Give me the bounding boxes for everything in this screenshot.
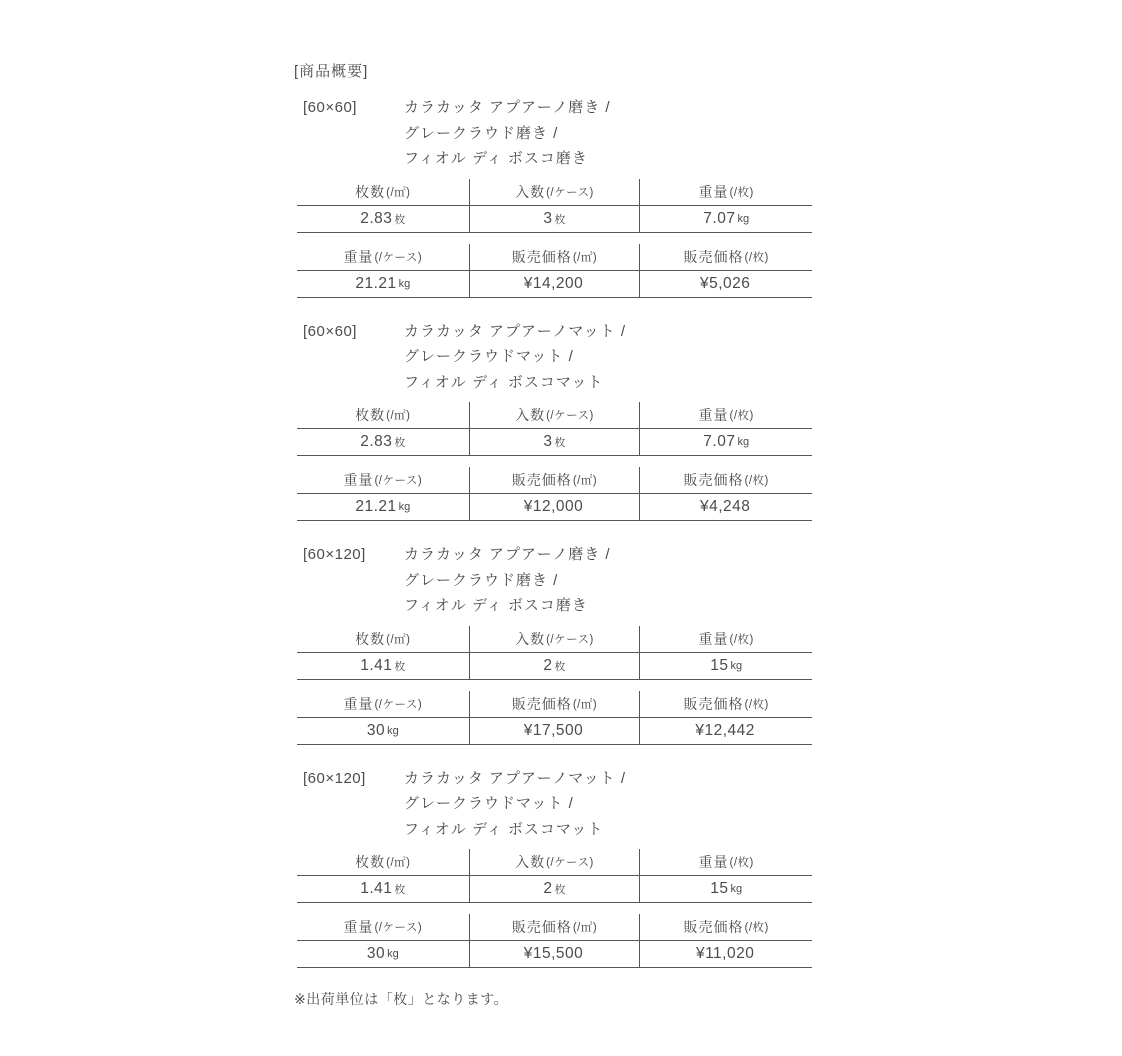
spec-subtable: 枚数(/㎡) 入数(/ケース) 重量(/枚) 1.41枚 2枚 15kg — [297, 626, 812, 680]
product-section-header: [60×60] カラカッタ アプアーノマット / グレークラウドマット / フィ… — [294, 319, 812, 396]
spec-value: 1.41 — [360, 657, 392, 675]
spec-header-unit: (/㎡) — [386, 631, 410, 647]
spec-header-cell: 重量(/枚) — [640, 626, 812, 653]
spec-value: 2.83 — [360, 433, 392, 451]
spec-header-label: 重量 — [343, 470, 373, 490]
spec-value-unit: kg — [730, 660, 742, 672]
spec-value: 21.21 — [355, 275, 396, 293]
spec-value: 2 — [543, 657, 552, 675]
spec-header-unit: (/枚) — [729, 407, 753, 423]
spec-header-label: 販売価格 — [512, 694, 572, 714]
spec-value: 15 — [710, 880, 728, 898]
spec-header-unit: (/ケース) — [546, 407, 594, 423]
spec-header-label: 販売価格 — [683, 917, 743, 937]
product-name-line: カラカッタ アプアーノマット / — [404, 766, 626, 792]
spec-header-label: 販売価格 — [512, 470, 572, 490]
spec-header-unit: (/枚) — [744, 472, 768, 488]
spec-value-unit: kg — [387, 725, 399, 737]
spec-value: ¥14,200 — [524, 275, 584, 293]
product-name-line: グレークラウドマット / — [404, 344, 626, 370]
spec-header-label: 枚数 — [355, 629, 385, 649]
size-label: [60×60] — [303, 319, 404, 345]
spec-subtable: 枚数(/㎡) 入数(/ケース) 重量(/枚) 2.83枚 3枚 7.07kg — [297, 179, 812, 233]
spec-header-cell: 販売価格(/㎡) — [469, 691, 641, 718]
spec-value-unit: kg — [737, 213, 749, 225]
spec-header-label: 重量 — [343, 917, 373, 937]
spec-value: ¥5,026 — [700, 275, 750, 293]
spec-header-cell: 販売価格(/㎡) — [469, 914, 641, 941]
spec-value-unit: kg — [399, 501, 411, 513]
spec-value: 3 — [543, 210, 552, 228]
spec-header-cell: 入数(/ケース) — [469, 626, 641, 653]
product-section-60x60-polished: [60×60] カラカッタ アプアーノ磨き / グレークラウド磨き / フィオル… — [294, 95, 812, 298]
product-name-line: フィオル ディ ボスコ磨き — [404, 146, 611, 172]
spec-value: ¥11,020 — [696, 945, 754, 963]
spec-value-unit: 枚 — [394, 658, 405, 674]
spec-value-cell: 1.41枚 — [297, 876, 469, 903]
spec-value-cell: ¥11,020 — [640, 941, 812, 968]
spec-header-unit: (/枚) — [744, 249, 768, 265]
spec-value-cell: ¥12,442 — [640, 718, 812, 745]
spec-value-cell: 2枚 — [469, 876, 641, 903]
spec-value-unit: 枚 — [394, 434, 405, 450]
spec-header-cell: 入数(/ケース) — [469, 179, 641, 206]
spec-header-cell: 枚数(/㎡) — [297, 402, 469, 429]
spec-value-cell: 2.83枚 — [297, 206, 469, 233]
spec-value: 2 — [543, 880, 552, 898]
spec-value: ¥15,500 — [524, 945, 584, 963]
spec-table: 枚数(/㎡) 入数(/ケース) 重量(/枚) 1.41枚 2枚 15kg 重量(… — [297, 849, 812, 968]
spec-subtable: 重量(/ケース) 販売価格(/㎡) 販売価格(/枚) 21.21kg ¥14,2… — [297, 244, 812, 298]
size-label: [60×60] — [303, 95, 404, 121]
spec-value: ¥17,500 — [524, 722, 584, 740]
product-section-header: [60×120] カラカッタ アプアーノ磨き / グレークラウド磨き / フィオ… — [294, 542, 812, 619]
product-name-line: カラカッタ アプアーノ磨き / — [404, 542, 611, 568]
spec-header-unit: (/枚) — [729, 854, 753, 870]
spec-value-unit: 枚 — [394, 881, 405, 897]
spec-header-unit: (/ケース) — [374, 696, 422, 712]
spec-value-cell: ¥5,026 — [640, 271, 812, 298]
spec-value-cell: ¥17,500 — [469, 718, 641, 745]
spec-value-unit: 枚 — [394, 211, 405, 227]
spec-value: 1.41 — [360, 880, 392, 898]
spec-header-cell: 入数(/ケース) — [469, 849, 641, 876]
spec-value-cell: 3枚 — [469, 429, 641, 456]
product-name: カラカッタ アプアーノマット / グレークラウドマット / フィオル ディ ボス… — [404, 319, 626, 396]
spec-value: ¥12,000 — [524, 498, 584, 516]
product-name-line: カラカッタ アプアーノマット / — [404, 319, 626, 345]
spec-value-cell: 2.83枚 — [297, 429, 469, 456]
spec-header-cell: 重量(/ケース) — [297, 691, 469, 718]
spec-header-label: 重量 — [698, 852, 728, 872]
spec-header-unit: (/㎡) — [573, 696, 597, 712]
spec-header-unit: (/㎡) — [573, 472, 597, 488]
spec-header-label: 販売価格 — [683, 247, 743, 267]
spec-header-unit: (/ケース) — [374, 249, 422, 265]
spec-header-label: 販売価格 — [512, 917, 572, 937]
spec-header-unit: (/㎡) — [573, 919, 597, 935]
spec-header-cell: 販売価格(/枚) — [640, 244, 812, 271]
spec-header-label: 入数 — [515, 629, 545, 649]
spec-value-cell: 21.21kg — [297, 494, 469, 521]
spec-subtable: 重量(/ケース) 販売価格(/㎡) 販売価格(/枚) 30kg ¥15,500 … — [297, 914, 812, 968]
spec-header-cell: 枚数(/㎡) — [297, 179, 469, 206]
spec-header-unit: (/ケース) — [546, 184, 594, 200]
spec-value-unit: 枚 — [555, 658, 566, 674]
product-section-header: [60×60] カラカッタ アプアーノ磨き / グレークラウド磨き / フィオル… — [294, 95, 812, 172]
spec-header-cell: 重量(/枚) — [640, 402, 812, 429]
product-section-60x120-matte: [60×120] カラカッタ アプアーノマット / グレークラウドマット / フ… — [294, 766, 812, 969]
spec-value-unit: 枚 — [555, 881, 566, 897]
spec-header-unit: (/ケース) — [546, 631, 594, 647]
spec-header-cell: 重量(/枚) — [640, 849, 812, 876]
spec-value-unit: kg — [387, 948, 399, 960]
spec-header-cell: 重量(/ケース) — [297, 244, 469, 271]
spec-header-cell: 重量(/ケース) — [297, 914, 469, 941]
shipping-note: ※出荷単位は「枚」となります。 — [294, 989, 812, 1009]
spec-header-cell: 重量(/ケース) — [297, 467, 469, 494]
spec-header-label: 重量 — [698, 182, 728, 202]
spec-value-cell: ¥15,500 — [469, 941, 641, 968]
spec-header-label: 枚数 — [355, 405, 385, 425]
spec-header-label: 重量 — [698, 405, 728, 425]
spec-header-label: 入数 — [515, 405, 545, 425]
spec-header-label: 枚数 — [355, 852, 385, 872]
size-label: [60×120] — [303, 766, 404, 792]
spec-value: ¥12,442 — [695, 722, 755, 740]
spec-table: 枚数(/㎡) 入数(/ケース) 重量(/枚) 2.83枚 3枚 7.07kg 重… — [297, 402, 812, 521]
spec-value-cell: 30kg — [297, 718, 469, 745]
spec-table: 枚数(/㎡) 入数(/ケース) 重量(/枚) 1.41枚 2枚 15kg 重量(… — [297, 626, 812, 745]
spec-header-unit: (/枚) — [729, 184, 753, 200]
page-title: [商品概要] — [294, 62, 812, 81]
page: [商品概要] [60×60] カラカッタ アプアーノ磨き / グレークラウド磨き… — [0, 0, 1122, 1056]
spec-header-label: 販売価格 — [683, 470, 743, 490]
spec-header-cell: 販売価格(/㎡) — [469, 244, 641, 271]
spec-header-cell: 販売価格(/枚) — [640, 914, 812, 941]
spec-header-unit: (/㎡) — [386, 184, 410, 200]
spec-header-label: 入数 — [515, 182, 545, 202]
spec-value-unit: kg — [399, 278, 411, 290]
spec-subtable: 枚数(/㎡) 入数(/ケース) 重量(/枚) 1.41枚 2枚 15kg — [297, 849, 812, 903]
spec-table: 枚数(/㎡) 入数(/ケース) 重量(/枚) 2.83枚 3枚 7.07kg 重… — [297, 179, 812, 298]
spec-header-unit: (/㎡) — [386, 854, 410, 870]
size-label: [60×120] — [303, 542, 404, 568]
product-name-line: フィオル ディ ボスコマット — [404, 817, 626, 843]
spec-value-cell: ¥12,000 — [469, 494, 641, 521]
spec-value-cell: 7.07kg — [640, 429, 812, 456]
spec-value-cell: 3枚 — [469, 206, 641, 233]
spec-header-unit: (/枚) — [744, 919, 768, 935]
spec-header-cell: 入数(/ケース) — [469, 402, 641, 429]
spec-value-unit: kg — [730, 883, 742, 895]
product-name: カラカッタ アプアーノ磨き / グレークラウド磨き / フィオル ディ ボスコ磨… — [404, 95, 611, 172]
product-name-line: フィオル ディ ボスコ磨き — [404, 593, 611, 619]
product-overview-content: [商品概要] [60×60] カラカッタ アプアーノ磨き / グレークラウド磨き… — [294, 62, 812, 1009]
spec-value-unit: 枚 — [555, 434, 566, 450]
spec-header-label: 枚数 — [355, 182, 385, 202]
spec-value-cell: 2枚 — [469, 653, 641, 680]
product-name-line: グレークラウド磨き / — [404, 121, 611, 147]
product-name: カラカッタ アプアーノマット / グレークラウドマット / フィオル ディ ボス… — [404, 766, 626, 843]
spec-value-cell: 15kg — [640, 876, 812, 903]
spec-header-label: 入数 — [515, 852, 545, 872]
spec-value-unit: kg — [737, 436, 749, 448]
spec-header-unit: (/㎡) — [573, 249, 597, 265]
spec-value: 7.07 — [703, 210, 735, 228]
spec-header-label: 販売価格 — [512, 247, 572, 267]
spec-value-cell: 30kg — [297, 941, 469, 968]
spec-value-cell: 15kg — [640, 653, 812, 680]
product-section-60x60-matte: [60×60] カラカッタ アプアーノマット / グレークラウドマット / フィ… — [294, 319, 812, 522]
product-name-line: グレークラウド磨き / — [404, 568, 611, 594]
spec-header-unit: (/ケース) — [374, 472, 422, 488]
spec-value-unit: 枚 — [555, 211, 566, 227]
spec-value: 15 — [710, 657, 728, 675]
spec-value: 30 — [367, 722, 385, 740]
spec-header-label: 販売価格 — [683, 694, 743, 714]
spec-value: 2.83 — [360, 210, 392, 228]
spec-header-unit: (/ケース) — [374, 919, 422, 935]
spec-value: ¥4,248 — [700, 498, 750, 516]
spec-header-unit: (/枚) — [744, 696, 768, 712]
spec-header-cell: 販売価格(/枚) — [640, 691, 812, 718]
spec-value-cell: 1.41枚 — [297, 653, 469, 680]
product-name-line: グレークラウドマット / — [404, 791, 626, 817]
spec-header-unit: (/枚) — [729, 631, 753, 647]
spec-header-cell: 重量(/枚) — [640, 179, 812, 206]
spec-value: 30 — [367, 945, 385, 963]
product-name-line: カラカッタ アプアーノ磨き / — [404, 95, 611, 121]
spec-value-cell: ¥4,248 — [640, 494, 812, 521]
spec-header-label: 重量 — [343, 694, 373, 714]
spec-header-label: 重量 — [343, 247, 373, 267]
spec-value: 21.21 — [355, 498, 396, 516]
spec-subtable: 重量(/ケース) 販売価格(/㎡) 販売価格(/枚) 30kg ¥17,500 … — [297, 691, 812, 745]
spec-value-cell: 21.21kg — [297, 271, 469, 298]
spec-header-cell: 販売価格(/㎡) — [469, 467, 641, 494]
spec-value: 3 — [543, 433, 552, 451]
product-name: カラカッタ アプアーノ磨き / グレークラウド磨き / フィオル ディ ボスコ磨… — [404, 542, 611, 619]
spec-header-unit: (/㎡) — [386, 407, 410, 423]
spec-header-label: 重量 — [698, 629, 728, 649]
spec-header-cell: 枚数(/㎡) — [297, 626, 469, 653]
spec-header-unit: (/ケース) — [546, 854, 594, 870]
spec-value-cell: 7.07kg — [640, 206, 812, 233]
spec-value: 7.07 — [703, 433, 735, 451]
spec-value-cell: ¥14,200 — [469, 271, 641, 298]
spec-header-cell: 販売価格(/枚) — [640, 467, 812, 494]
product-section-60x120-polished: [60×120] カラカッタ アプアーノ磨き / グレークラウド磨き / フィオ… — [294, 542, 812, 745]
spec-subtable: 枚数(/㎡) 入数(/ケース) 重量(/枚) 2.83枚 3枚 7.07kg — [297, 402, 812, 456]
product-name-line: フィオル ディ ボスコマット — [404, 370, 626, 396]
product-section-header: [60×120] カラカッタ アプアーノマット / グレークラウドマット / フ… — [294, 766, 812, 843]
spec-header-cell: 枚数(/㎡) — [297, 849, 469, 876]
spec-subtable: 重量(/ケース) 販売価格(/㎡) 販売価格(/枚) 21.21kg ¥12,0… — [297, 467, 812, 521]
